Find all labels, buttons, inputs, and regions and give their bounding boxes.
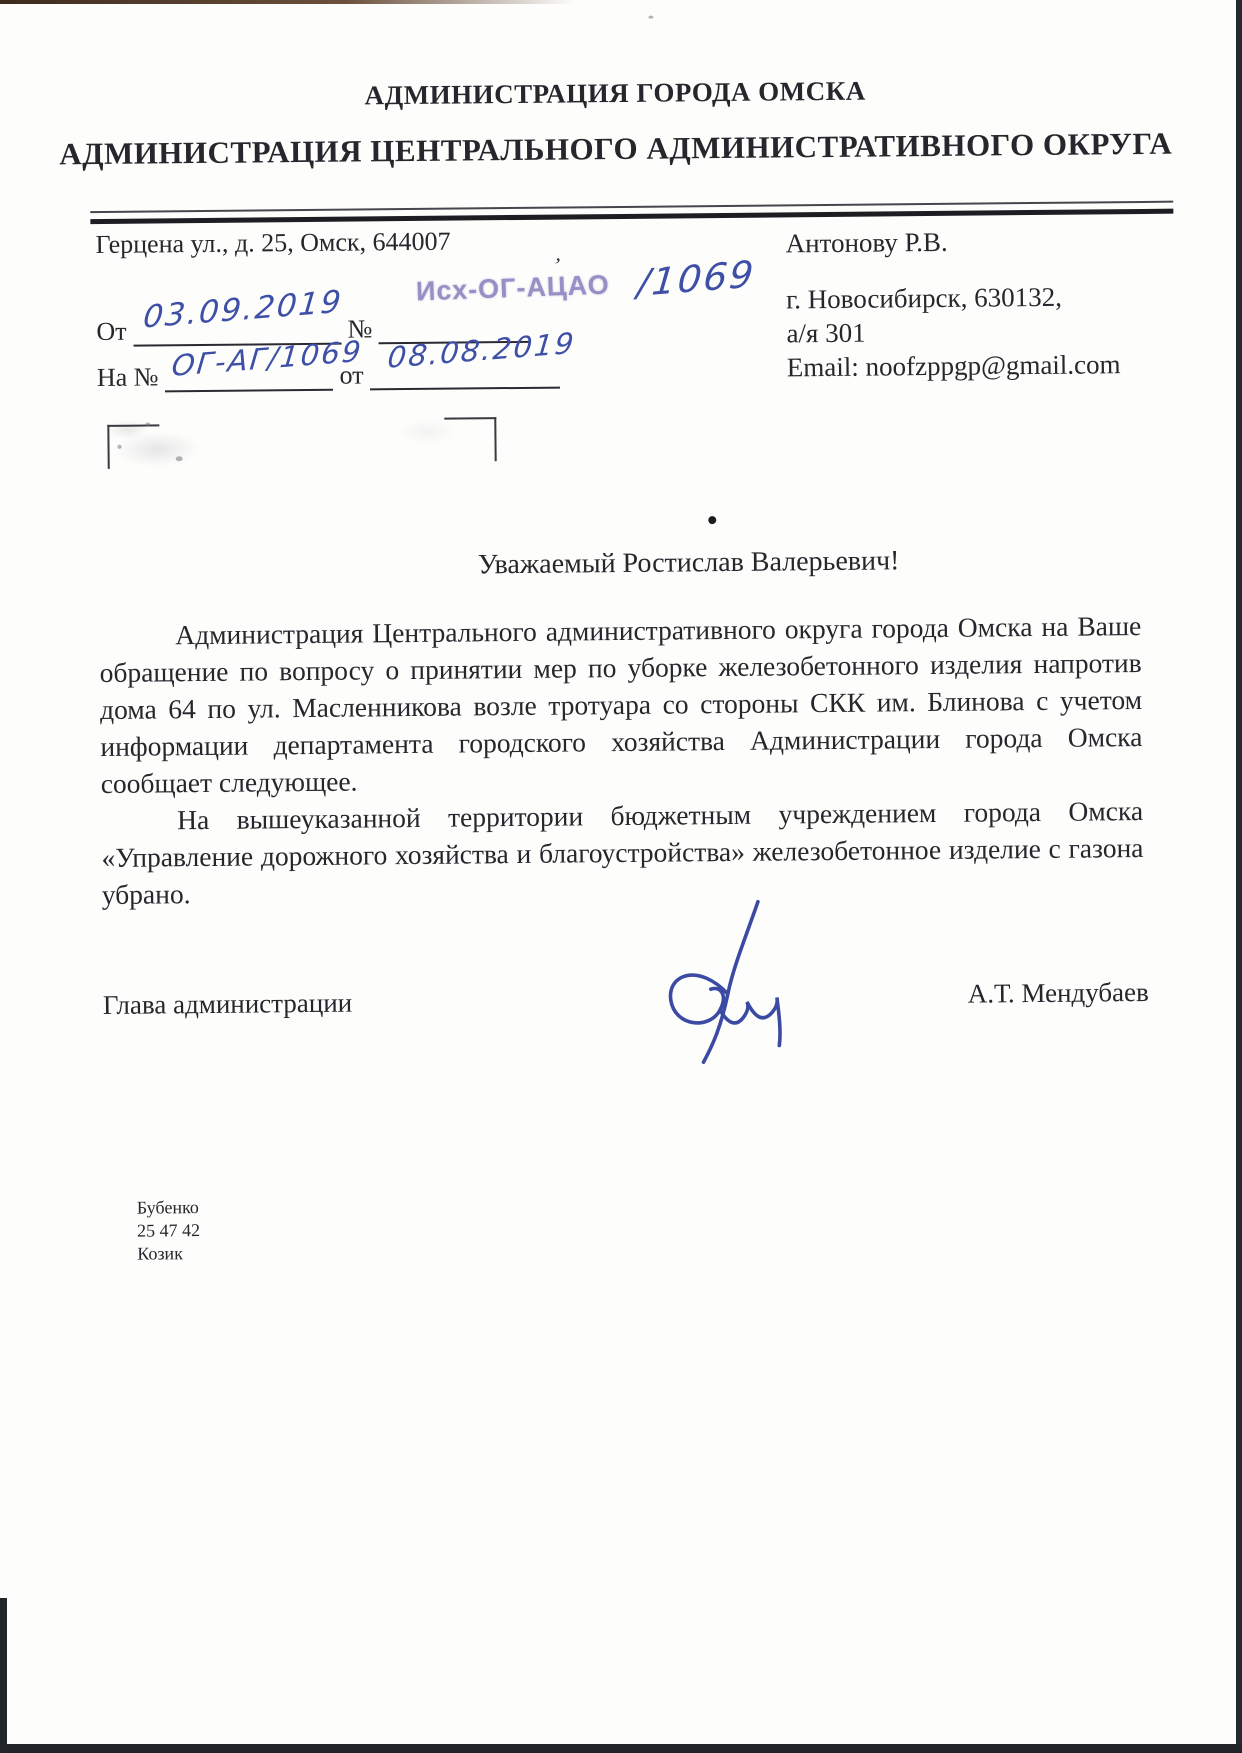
signature-ink: [630, 893, 807, 1070]
signer-name: А.Т. Мендубаев: [968, 977, 1149, 1010]
reply-date-handwriting: 08.08.2019: [388, 332, 574, 368]
reply-label: На №: [97, 362, 159, 392]
letterhead-org-line1: АДМИНИСТРАЦИЯ ГОРОДА ОМСКА: [0, 72, 1236, 115]
reply-number-handwriting: ОГ-АГ/1069: [173, 340, 362, 376]
executor-phone: 25 47 42: [137, 1219, 200, 1243]
scanned-letter-page: АДМИНИСТРАЦИЯ ГОРОДА ОМСКА АДМИНИСТРАЦИЯ…: [0, 0, 1242, 1753]
body-paragraph-2: На вышеуказанной территории бюджетным уч…: [101, 792, 1144, 913]
address-field-corner-right: [444, 417, 496, 461]
recipient-name: Антонову Р.В.: [785, 223, 1119, 260]
letter-body: Администрация Центрального административ…: [99, 607, 1144, 913]
letterhead-divider: [90, 201, 1173, 224]
recipient-block: Антонову Р.В. г. Новосибирск, 630132, а/…: [785, 223, 1120, 384]
recipient-city: г. Новосибирск, 630132,: [786, 279, 1120, 316]
executor-name-2: Козик: [137, 1242, 200, 1266]
letterhead-org-line2: АДМИНИСТРАЦИЯ ЦЕНТРАЛЬНОГО АДМИНИСТРАТИВ…: [0, 125, 1237, 173]
stray-mark-artifact: ‚: [553, 240, 565, 267]
sender-address: Герцена ул., д. 25, Омск, 644007: [95, 227, 450, 260]
scan-edge-bottom: [0, 1744, 1242, 1753]
scan-edge-right: [1236, 0, 1242, 1753]
ink-dot-artifact: [708, 516, 716, 524]
from-label: От: [96, 317, 126, 346]
executor-name-1: Бубенко: [137, 1196, 200, 1220]
from-date-handwriting: 03.09.2019: [144, 291, 342, 329]
signer-title: Глава администрации: [103, 988, 353, 1021]
address-field-corner-left: [107, 424, 159, 468]
outgoing-number-stamp: Исх-ОГ-АЦАО: [416, 270, 611, 308]
executor-block: Бубенко 25 47 42 Козик: [137, 1196, 201, 1266]
recipient-po-box: а/я 301: [786, 313, 1120, 350]
letterhead: АДМИНИСТРАЦИЯ ГОРОДА ОМСКА АДМИНИСТРАЦИЯ…: [0, 72, 1237, 173]
body-paragraph-1: Администрация Центрального административ…: [99, 607, 1143, 802]
scan-edge-left-bottom: [0, 1598, 7, 1753]
recipient-email: Email: noofzppgp@gmail.com: [787, 347, 1121, 384]
stamp-number-handwriting: /1069: [638, 257, 755, 301]
salutation: Уважаемый Ростислав Валерьевич!: [99, 543, 1139, 585]
scan-edge-top: [0, 0, 575, 4]
